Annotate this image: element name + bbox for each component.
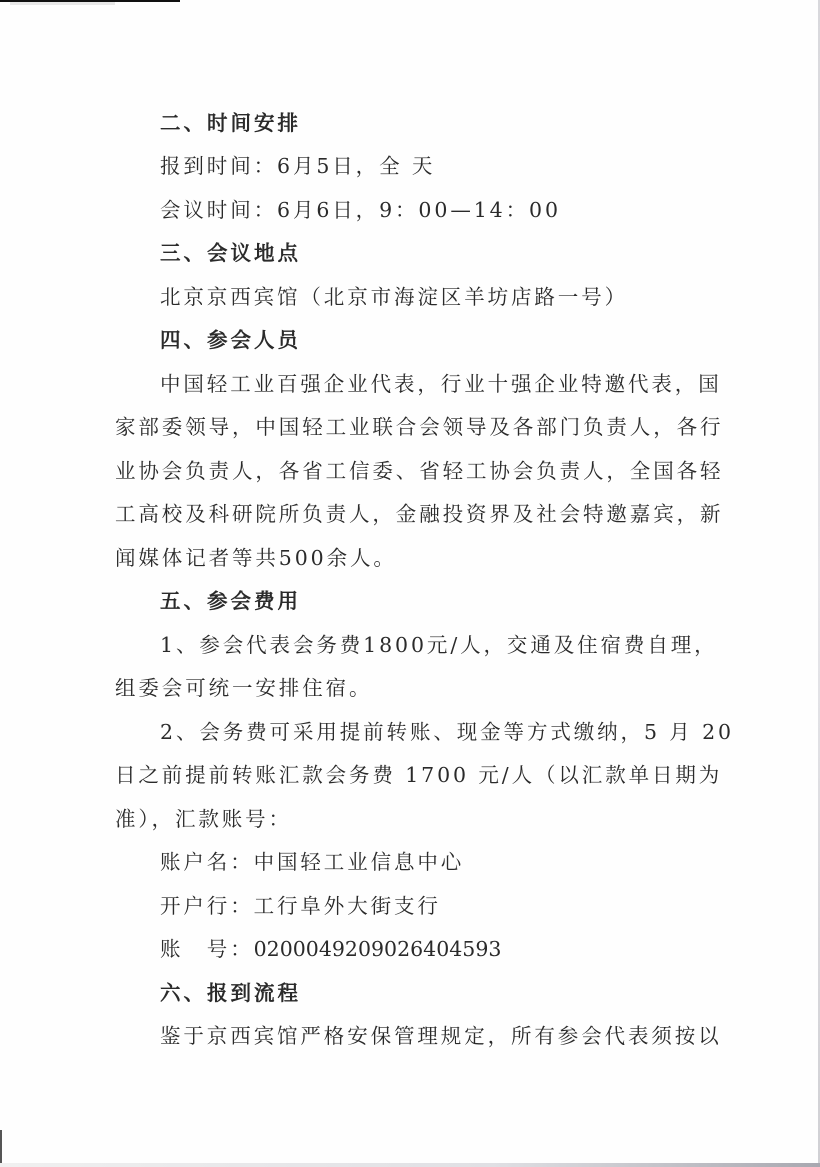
section-heading-registration-process: 六、报到流程: [160, 980, 301, 1006]
fee-item-1-line: 1、参会代表会务费1800元/人，交通及住宿费自理，: [160, 632, 718, 658]
scan-artifact-bottom-edge: [0, 1163, 820, 1167]
fee-item-2-line: 日之前提前转账汇款会务费 1700 元/人（以汇款单日期为: [115, 762, 722, 788]
fee-item-2-line: 2、会务费可采用提前转账、现金等方式缴纳，5 月 20: [160, 719, 734, 745]
attendees-paragraph-line: 家部委领导，中国轻工业联合会领导及各部门负责人，各行: [115, 414, 723, 440]
account-number-label: 账 号：: [160, 937, 254, 961]
checkin-time: 报到时间：6月5日，全 天: [160, 153, 435, 179]
attendees-paragraph-line: 闻媒体记者等共500余人。: [115, 545, 397, 571]
fee-item-1-line: 组委会可统一安排住宿。: [115, 675, 372, 701]
bank-name-row: 开户行：工行阜外大街支行: [160, 893, 441, 919]
scan-artifact-left-edge: [0, 1130, 2, 1167]
section-heading-venue: 三、会议地点: [160, 240, 301, 266]
document-page: 二、时间安排 报到时间：6月5日，全 天 会议时间：6月6日，9：00—14：0…: [0, 0, 820, 1167]
account-name-value: 中国轻工业信息中心: [254, 850, 465, 874]
bank-account-name-row: 账户名：中国轻工业信息中心: [160, 849, 464, 875]
bank-name-value: 工行阜外大街支行: [254, 894, 441, 918]
section-heading-attendees: 四、参会人员: [160, 327, 301, 353]
attendees-paragraph-line: 工高校及科研院所负责人，金融投资界及社会特邀嘉宾，新: [115, 501, 723, 527]
meeting-time: 会议时间：6月6日，9：00—14：00: [160, 197, 561, 223]
fee-item-2-line: 准），汇款账号：: [115, 806, 292, 832]
account-name-label: 账户名：: [160, 850, 254, 874]
bank-name-label: 开户行：: [160, 894, 254, 918]
account-number-value: 0200049209026404593: [254, 937, 502, 961]
bleed-through-text: [300, 822, 500, 847]
registration-process-line: 鉴于京西宾馆严格安保管理规定，所有参会代表须按以: [160, 1023, 722, 1049]
attendees-paragraph-line: 业协会负责人，各省工信委、省轻工协会负责人，全国各轻: [115, 458, 723, 484]
section-heading-fees: 五、参会费用: [160, 588, 301, 614]
attendees-paragraph-line: 中国轻工业百强企业代表，行业十强企业特邀代表，国: [160, 371, 722, 397]
venue-address: 北京京西宾馆（北京市海淀区羊坊店路一号）: [160, 284, 628, 310]
bank-account-number-row: 账 号：0200049209026404593: [160, 936, 501, 962]
section-heading-schedule: 二、时间安排: [160, 110, 301, 136]
scan-artifact-top: [0, 0, 180, 2]
